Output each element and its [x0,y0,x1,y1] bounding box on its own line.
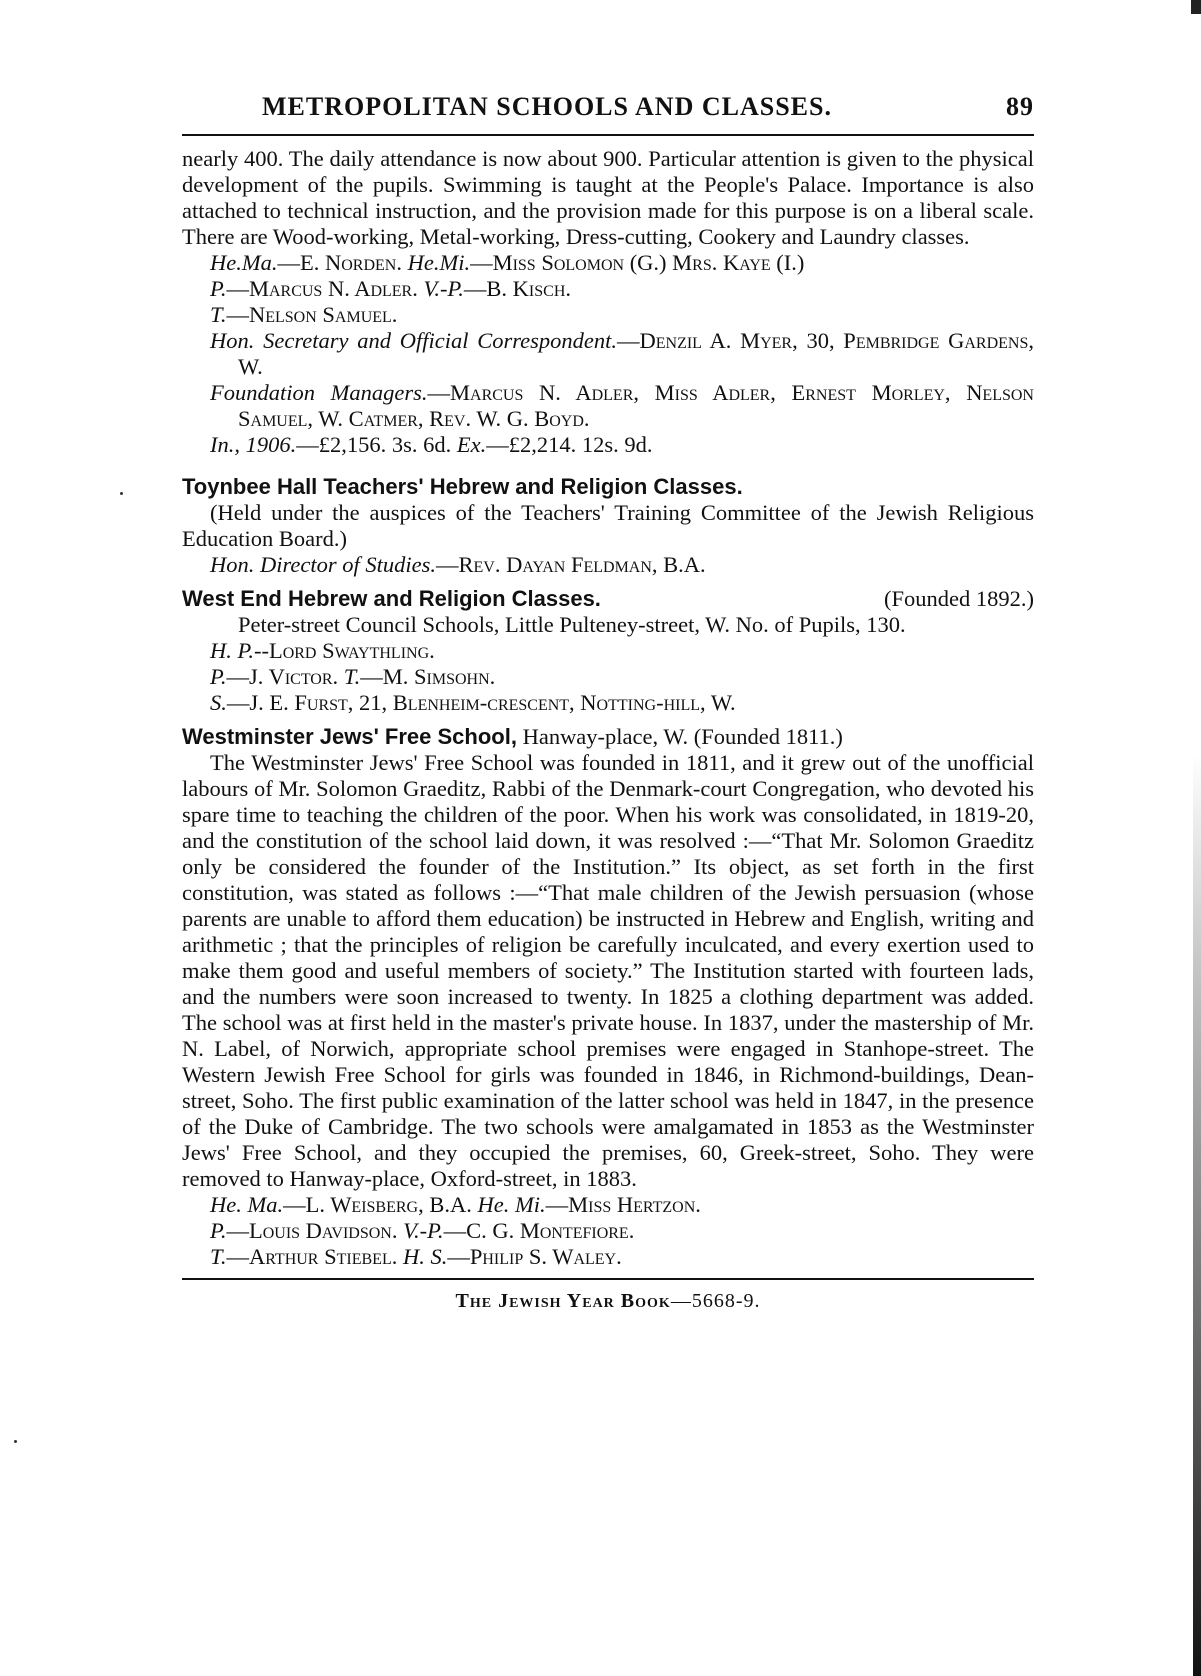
page-edge-corner [1191,0,1201,14]
footer-rule [182,1278,1034,1280]
west-end-address: Peter-street Council Schools, Little Pul… [182,612,1034,638]
page-footer: The Jewish Year Book—5668-9. [182,1290,1034,1313]
officer-line: T.—Arthur Stiebel. H. S.—Philip S. Waley… [182,1244,1034,1270]
section-heading-west-end: West End Hebrew and Religion Classes.(Fo… [182,586,1034,612]
section-heading-westminster: Westminster Jews' Free School, Hanway-pl… [182,724,1034,750]
header-rule [182,134,1034,136]
section-heading-toynbee: Toynbee Hall Teachers' Hebrew and Religi… [182,474,1034,500]
intro-paragraph: nearly 400. The daily attendance is now … [182,146,1034,250]
officer-line: P.—J. Victor. T.—M. Simsohn. [182,664,1034,690]
westminster-body: The Westminster Jews' Free School was fo… [182,750,1034,1192]
page-title: METROPOLITAN SCHOOLS AND CLASSES. [262,92,832,122]
officer-line: S.—J. E. Furst, 21, Blenheim-crescent, N… [182,690,1034,716]
running-head: METROPOLITAN SCHOOLS AND CLASSES. 89 [182,92,1034,128]
book-page: METROPOLITAN SCHOOLS AND CLASSES. 89 nea… [182,92,1034,1313]
officer-line: T.—Nelson Samuel. [182,302,1034,328]
officer-line: P.—Marcus N. Adler. V.-P.—B. Kisch. [182,276,1034,302]
officer-line: Foundation Managers.—Marcus N. Adler, Mi… [182,380,1034,432]
officer-line: H. P.--Lord Swaythling. [182,638,1034,664]
officer-line: P.—Louis Davidson. V.-P.—C. G. Montefior… [182,1218,1034,1244]
page-edge-shadow [1193,0,1201,1676]
officer-line: He.Ma.—E. Norden. He.Mi.—Miss Solomon (G… [182,250,1034,276]
officer-line: He. Ma.—L. Weisberg, B.A. He. Mi.—Miss H… [182,1192,1034,1218]
scan-speck [14,1440,17,1443]
officer-line: Hon. Secretary and Official Corresponden… [182,328,1034,380]
toynbee-body: (Held under the auspices of the Teachers… [182,500,1034,552]
finance-line: In., 1906.—£2,156. 3s. 6d. Ex.—£2,214. 1… [182,432,1034,458]
page-number: 89 [1006,92,1034,122]
toynbee-director: Hon. Director of Studies.—Rev. Dayan Fel… [182,552,1034,578]
intro-officers: He.Ma.—E. Norden. He.Mi.—Miss Solomon (G… [182,250,1034,458]
scan-speck [120,492,123,495]
